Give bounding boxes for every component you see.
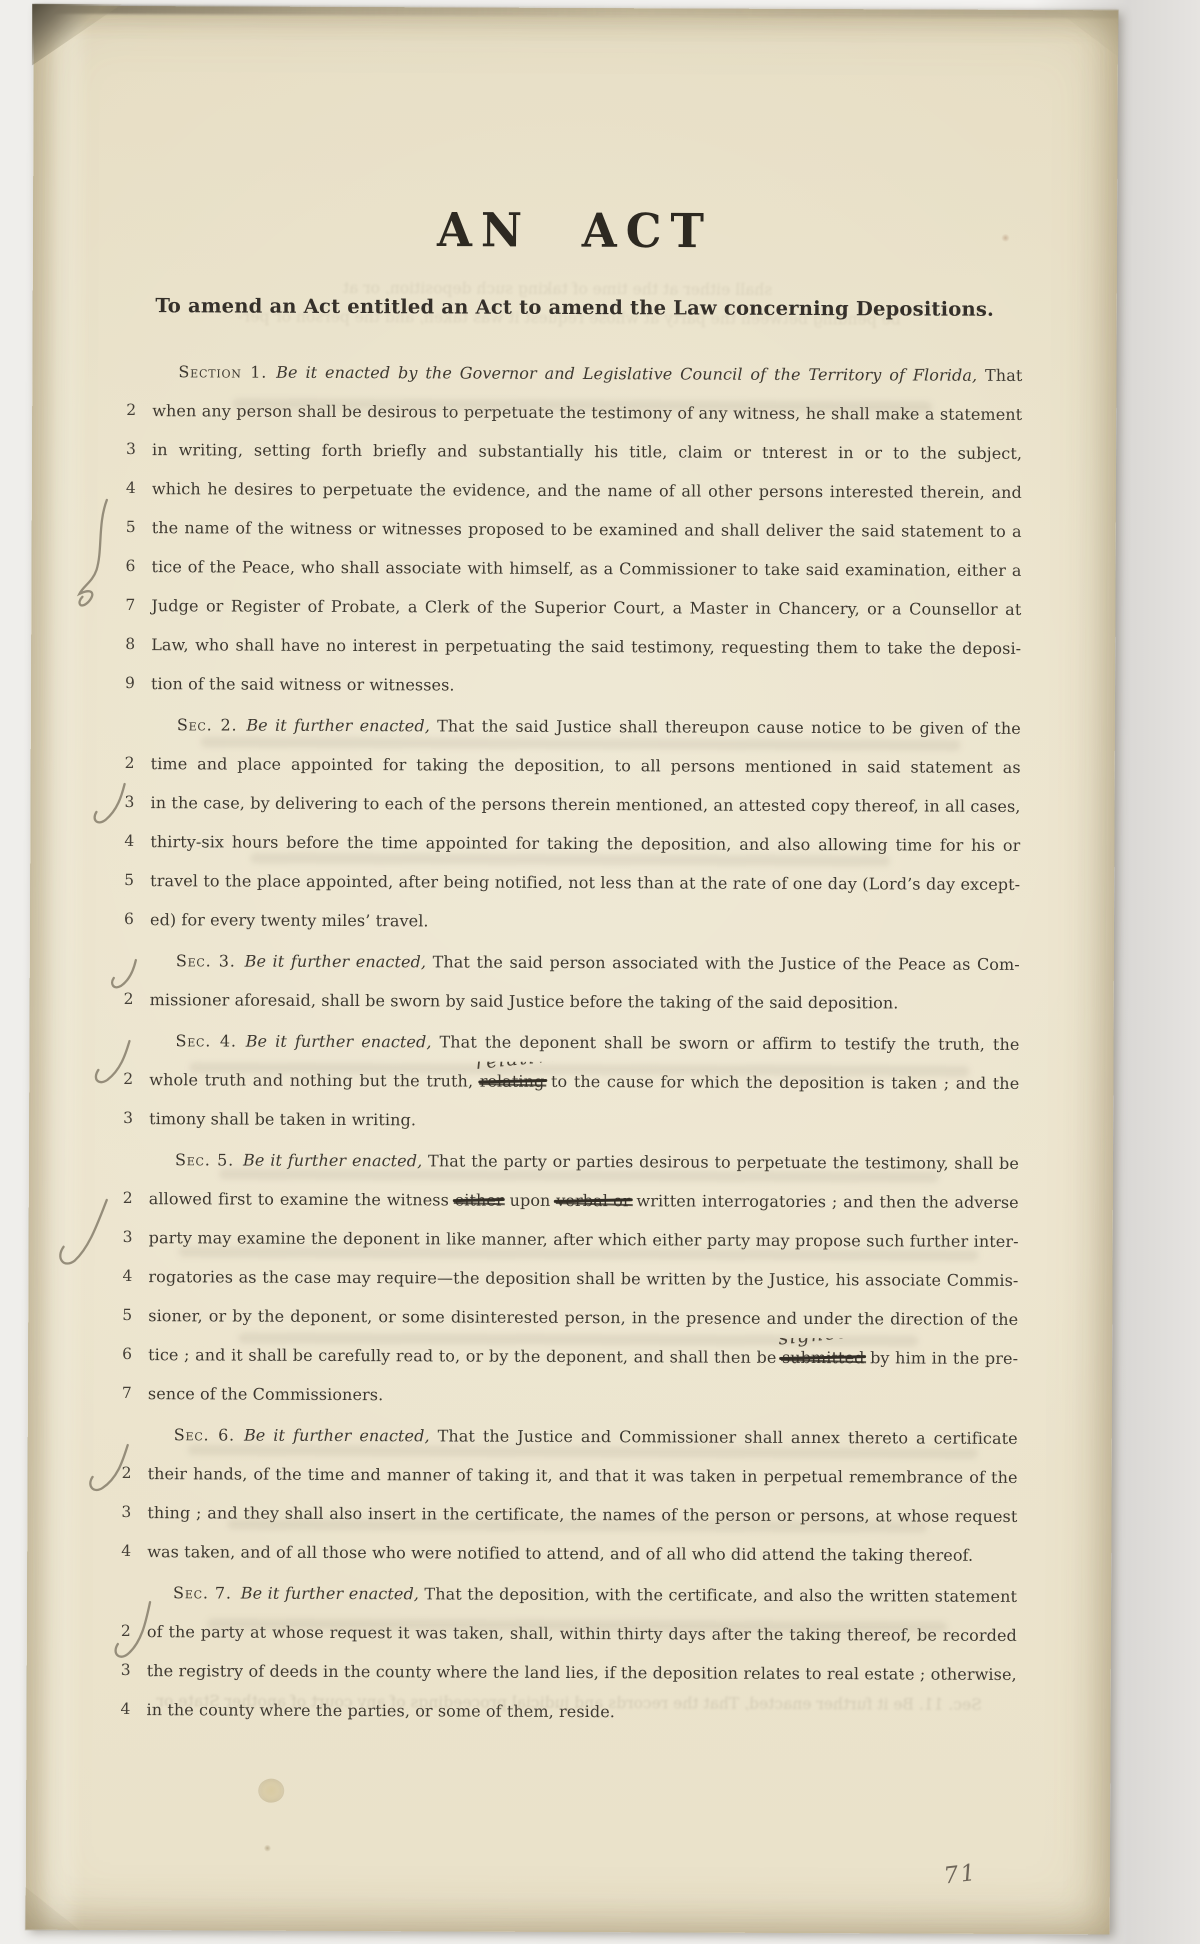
text-run: That the deposition, with the certificat… <box>419 1584 1017 1606</box>
text-run: the name of the witness or witnesses pro… <box>152 518 1022 551</box>
line-number: 4 <box>126 469 152 508</box>
pencil-squiggle-icon <box>67 496 118 631</box>
section-label: Sec. 3. <box>176 951 236 970</box>
text-run: was taken, and of all those who were not… <box>147 1542 973 1565</box>
line-text: which he desires to perpetuate the evide… <box>152 469 1022 512</box>
line-text: in the case, by delivering to each of th… <box>150 783 1020 826</box>
enacting-clause: Be it further enacted, <box>241 1584 419 1604</box>
paper-stain <box>264 1845 271 1852</box>
line-text: in writing, setting forth briefly and su… <box>152 430 1022 473</box>
line-number: 6 <box>125 547 151 586</box>
line-number: 5 <box>124 861 150 900</box>
pencil-check-icon <box>108 956 143 996</box>
body-line: 2when any person shall be desirous to pe… <box>126 391 1022 434</box>
text-run: Law, who shall have no interest in perpe… <box>151 635 1021 658</box>
line-number <box>123 1140 149 1179</box>
line-number: 3 <box>123 1099 149 1138</box>
body-line: 6tice of the Peace, who shall associate … <box>125 547 1021 590</box>
line-number: 3 <box>126 430 152 469</box>
line-text: Sec. 4.Be it further enacted, That the d… <box>149 1021 1019 1064</box>
paper-damage-corner-tl <box>32 4 122 66</box>
line-number: 2 <box>125 744 151 783</box>
section-label: Section 1. <box>178 362 267 381</box>
pencil-check-icon <box>83 1440 137 1502</box>
section-heading-line: Section 1.Be it enacted by the Governor … <box>126 352 1022 395</box>
body-line: 4rogatories as the case may require—the … <box>122 1257 1018 1300</box>
enacting-clause: Be it further enacted, <box>245 952 427 972</box>
body-line: 5the name of the witness or witnesses pr… <box>126 508 1022 551</box>
text-run: written interrogatories ; and then the a… <box>631 1191 1019 1212</box>
line-number: 6 <box>122 1335 148 1374</box>
line-number: 9 <box>125 664 151 703</box>
text-run: tice ; and it shall be carefully read to… <box>148 1345 782 1367</box>
pencil-check-icon <box>88 780 133 835</box>
text-run: in the case, by delivering to each of th… <box>150 793 1020 816</box>
line-text: tion of the said witness or witnesses. <box>151 664 1021 707</box>
line-number: 4 <box>122 1257 148 1296</box>
line-text: Judge or Register of Probate, a Clerk of… <box>151 586 1021 629</box>
enacting-clause: Be it further enacted, <box>243 1151 422 1171</box>
line-number: 4 <box>120 1690 146 1729</box>
text-run: upon <box>504 1191 557 1210</box>
enacting-clause: Be it enacted by the Governor and Legisl… <box>276 363 977 385</box>
line-text: rogatories as the case may require—the d… <box>148 1257 1018 1300</box>
show-through-text: be pending between the party at whose re… <box>238 308 901 329</box>
body-line: 5travel to the place appointed, after be… <box>124 861 1020 904</box>
text-run: which he desires to perpetuate the evide… <box>152 479 1022 502</box>
line-number: 5 <box>126 508 152 547</box>
text-run: timony shall be taken in writing. <box>149 1109 416 1129</box>
line-text: Law, who shall have no interest in perpe… <box>151 625 1021 668</box>
text-run: That the said Justice shall thereupon ca… <box>430 716 1021 738</box>
body-line: 7Judge or Register of Probate, a Clerk o… <box>125 586 1021 629</box>
line-number <box>125 705 151 744</box>
section-heading-line: Sec. 3.Be it further enacted, That the s… <box>124 941 1020 984</box>
line-text: the registry of deeds in the county wher… <box>147 1651 1017 1694</box>
body-line: 4was taken, and of all those who were no… <box>121 1532 1017 1575</box>
text-run: travel to the place appointed, after bei… <box>150 871 1020 894</box>
scan-backdrop: { "doc": { "title": "AN ACT", "subtitle"… <box>0 0 1200 1944</box>
line-text: their hands, of the time and manner of t… <box>148 1454 1018 1497</box>
line-number: 2 <box>126 391 152 430</box>
text-run: in writing, setting forth briefly and su… <box>152 440 1022 473</box>
body-line: 3the registry of deeds in the county whe… <box>121 1651 1017 1694</box>
section-label: Sec. 4. <box>175 1031 236 1050</box>
text-run: That <box>977 366 1022 385</box>
pencil-check-icon <box>109 1596 159 1668</box>
line-text: the name of the witness or witnesses pro… <box>152 508 1022 551</box>
page-number-pencil: 71 <box>942 1860 978 1890</box>
line-text: allowed first to examine the witness eit… <box>149 1179 1019 1222</box>
line-text: Sec. 3.Be it further enacted, That the s… <box>150 941 1020 984</box>
body-line: 2their hands, of the time and manner of … <box>122 1454 1018 1497</box>
text-run: the registry of deeds in the county wher… <box>147 1661 1017 1684</box>
show-through-text: shall either at the time of taking such … <box>343 279 773 299</box>
enacting-clause: Be it further enacted, <box>246 716 430 736</box>
paper-corner-bl <box>25 1887 81 1931</box>
body-line: 7sence of the Commissioners. <box>122 1374 1018 1417</box>
text-run: time and place appointed for taking the … <box>150 754 1020 787</box>
text-run: missioner aforesaid, shall be sworn by s… <box>150 990 899 1012</box>
text-run: to examine the witness <box>252 1190 455 1210</box>
text-run: rogatories as the case may require—the d… <box>148 1267 1018 1290</box>
text-run: That the deponent shall be sworn or affi… <box>432 1032 1020 1054</box>
section-label: Sec. 7. <box>173 1583 232 1602</box>
body-line: 2time and place appointed for taking the… <box>125 744 1021 787</box>
section-label: Sec. 2. <box>177 715 238 734</box>
line-text: Sec. 7.Be it further enacted, That the d… <box>147 1573 1017 1616</box>
text-run: tice of the Peace, who shall associate w… <box>152 557 1022 580</box>
line-text: tice of the Peace, who shall associate w… <box>151 547 1021 590</box>
line-number: 7 <box>122 1374 148 1413</box>
show-through-text: Sec. 11. Be it further enacted, That the… <box>157 1692 982 1714</box>
body-line: 3in writing, setting forth briefly and s… <box>126 430 1022 473</box>
body-line: 2missioner aforesaid, shall be sworn by … <box>124 980 1020 1023</box>
section-label: Sec. 6. <box>174 1425 235 1444</box>
text-run: ed) for every twenty miles’ travel. <box>150 910 429 930</box>
line-text: sence of the Commissioners. <box>148 1374 1018 1417</box>
paper-stain <box>258 1779 284 1803</box>
line-text: missioner aforesaid, shall be sworn by s… <box>150 980 1020 1023</box>
line-number: 8 <box>125 625 151 664</box>
line-text: was taken, and of all those who were not… <box>147 1532 1017 1575</box>
body-line: 3in the case, by delivering to each of t… <box>124 783 1020 826</box>
body-line: 2allowed first to examine the witness ei… <box>123 1179 1019 1222</box>
paper-stain <box>1001 234 1010 242</box>
line-number: 2 <box>123 1179 149 1218</box>
body-line: 9tion of the said witness or witnesses. <box>125 664 1021 707</box>
text-run: allowed <box>149 1189 218 1208</box>
pencil-check-icon <box>90 1036 138 1094</box>
line-number: 4 <box>121 1532 147 1571</box>
enacting-clause: Be it further enacted, <box>246 1032 432 1052</box>
body-line: 3timony shall be taken in writing. <box>123 1099 1019 1142</box>
text-run: Judge or Register of Probate, a Clerk of… <box>151 596 1021 619</box>
text-run: That the said person associated with the… <box>426 952 1020 974</box>
line-number <box>126 352 152 391</box>
line-number: 5 <box>122 1296 148 1335</box>
text-run: by him in the pre- <box>864 1348 1018 1368</box>
line-number: 6 <box>124 900 150 939</box>
line-text: travel to the place appointed, after bei… <box>150 861 1020 904</box>
pencil-check-icon <box>54 1193 116 1281</box>
enacting-clause: Be it further enacted, <box>244 1426 430 1446</box>
line-number: 3 <box>123 1218 149 1257</box>
line-text: when any person shall be desirous to per… <box>152 391 1022 434</box>
text-run: their hands, of the time and manner of t… <box>148 1464 1018 1487</box>
line-text: ed) for every twenty miles’ travel. <box>150 900 1020 943</box>
struck-word: verbal or <box>556 1181 630 1220</box>
act-title: AN ACT <box>33 201 1117 261</box>
section-heading-line: Sec. 7.Be it further enacted, That the d… <box>121 1573 1017 1616</box>
line-number: 7 <box>125 586 151 625</box>
body-line: 4which he desires to perpetuate the evid… <box>126 469 1022 512</box>
line-text: timony shall be taken in writing. <box>149 1099 1019 1142</box>
text-run: sence of the Commissioners. <box>148 1384 383 1404</box>
document-page: AN ACT To amend an Act entitled an Act t… <box>26 6 1118 1935</box>
line-text: time and place appointed for taking the … <box>151 744 1021 787</box>
section-heading-line: Sec. 4.Be it further enacted, That the d… <box>123 1021 1019 1064</box>
text-run: tion of the said witness or witnesses. <box>151 674 455 694</box>
body-line: 6ed) for every twenty miles’ travel. <box>124 900 1020 943</box>
body-line: 8Law, who shall have no interest in perp… <box>125 625 1021 668</box>
caret-marked-word: first <box>218 1179 252 1218</box>
section-label: Sec. 5. <box>175 1150 234 1169</box>
struck-word: either <box>455 1180 504 1219</box>
line-text: Section 1.Be it enacted by the Governor … <box>152 352 1022 395</box>
paper-top-edge <box>34 5 1118 19</box>
